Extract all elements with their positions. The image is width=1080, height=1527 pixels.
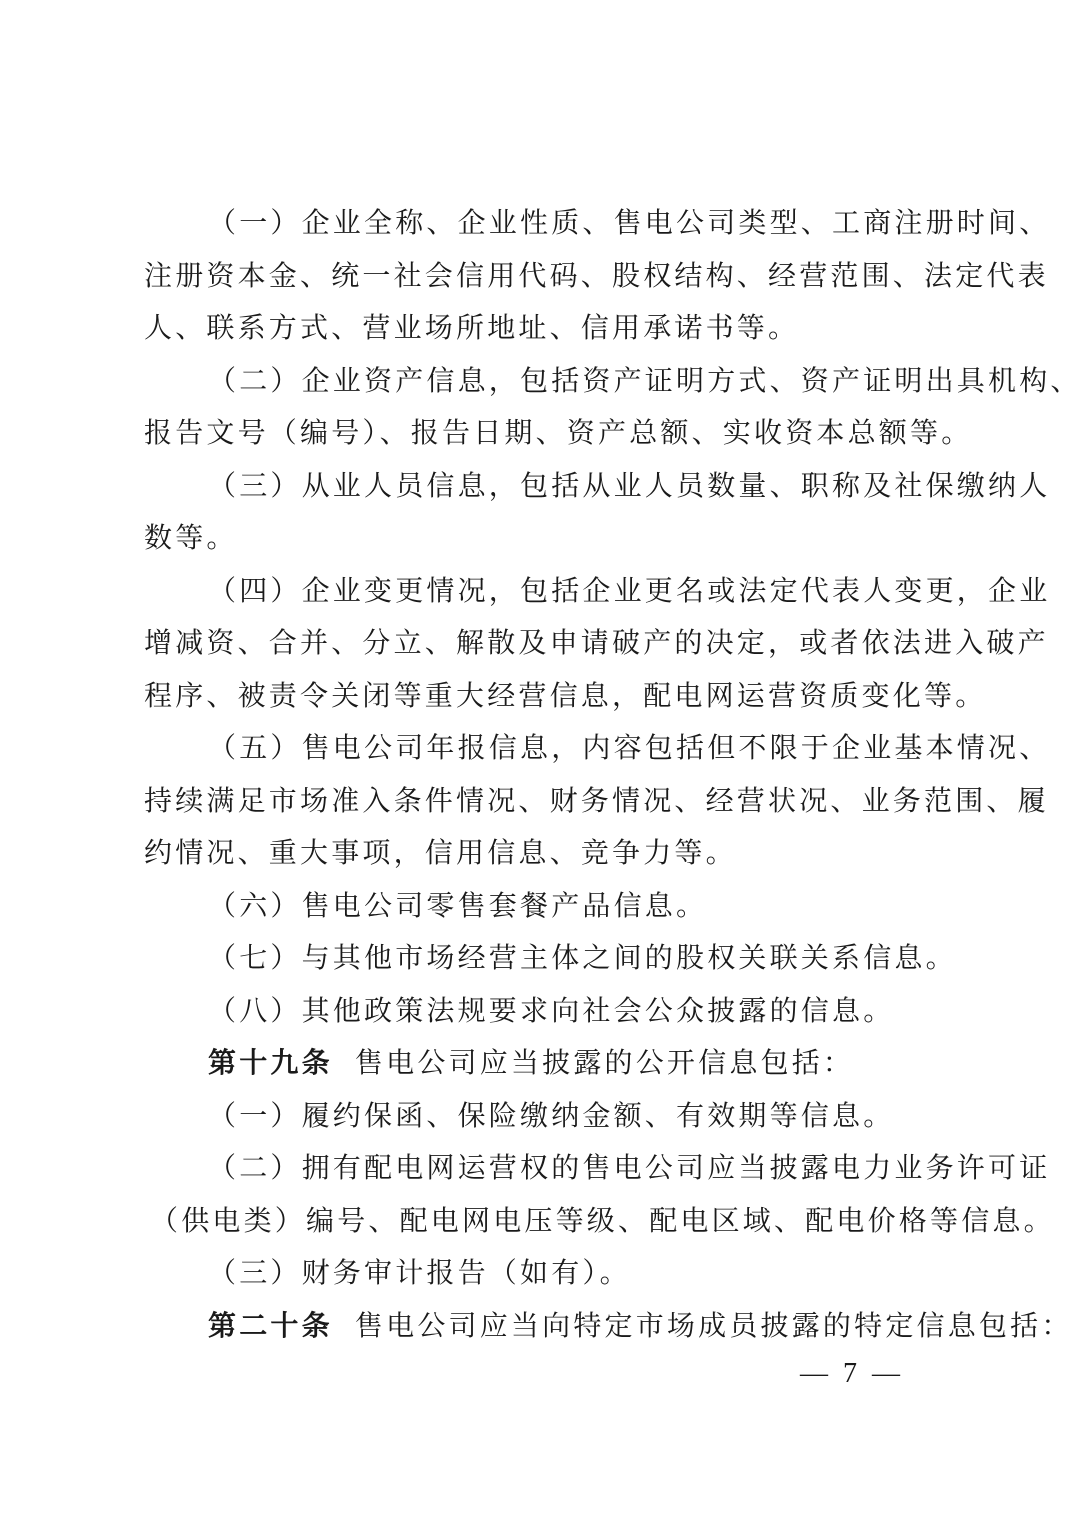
article-20: 第二十条 售电公司应当向特定市场成员披露的特定信息包括： — [208, 1306, 1073, 1346]
article-19-item-2-line-1: （二）拥有配电网运营权的售电公司应当披露电力业务许可证 — [208, 1148, 1050, 1188]
item-3-line-2: 数等。 — [144, 518, 238, 558]
item-5-line-1: （五）售电公司年报信息，内容包括但不限于企业基本情况、 — [208, 728, 1050, 768]
article-19-item-1: （一）履约保函、保险缴纳金额、有效期等信息。 — [208, 1096, 894, 1136]
article-19: 第十九条 售电公司应当披露的公开信息包括： — [208, 1043, 854, 1083]
item-4-line-1: （四）企业变更情况，包括企业更名或法定代表人变更，企业 — [208, 571, 1050, 611]
item-3-line-1: （三）从业人员信息，包括从业人员数量、职称及社保缴纳人 — [208, 466, 1050, 506]
item-4-line-3: 程序、被责令关闭等重大经营信息，配电网运营资质变化等。 — [144, 676, 986, 716]
item-2-line-2: 报告文号（编号）、报告日期、资产总额、实收资本总额等。 — [144, 413, 972, 453]
item-8-line-1: （八）其他政策法规要求向社会公众披露的信息。 — [208, 991, 894, 1031]
item-7-line-1: （七）与其他市场经营主体之间的股权关联关系信息。 — [208, 938, 957, 978]
item-4-line-2: 增减资、合并、分立、解散及申请破产的决定，或者依法进入破产 — [144, 623, 1049, 663]
article-19-item-2-line-2: （供电类）编号、配电网电压等级、配电区域、配电价格等信息。 — [150, 1201, 1055, 1241]
item-1-line-1: （一）企业全称、企业性质、售电公司类型、工商注册时间、 — [208, 203, 1050, 243]
document-page: （一）企业全称、企业性质、售电公司类型、工商注册时间、 注册资本金、统一社会信用… — [0, 0, 1080, 1527]
article-20-text: 售电公司应当向特定市场成员披露的特定信息包括： — [355, 1309, 1073, 1342]
item-2-line-1: （二）企业资产信息，包括资产证明方式、资产证明出具机构、 — [208, 361, 1080, 401]
article-20-heading: 第二十条 — [208, 1309, 333, 1342]
item-1-line-2: 注册资本金、统一社会信用代码、股权结构、经营范围、法定代表 — [144, 256, 1049, 296]
article-19-item-3: （三）财务审计报告（如有）。 — [208, 1253, 631, 1293]
article-19-text: 售电公司应当披露的公开信息包括： — [355, 1046, 854, 1079]
page-number: — 7 — — [800, 1358, 904, 1390]
item-6-line-1: （六）售电公司零售套餐产品信息。 — [208, 886, 707, 926]
article-19-heading: 第十九条 — [208, 1046, 333, 1079]
item-5-line-3: 约情况、重大事项，信用信息、竞争力等。 — [144, 833, 737, 873]
item-1-line-3: 人、联系方式、营业场所地址、信用承诺书等。 — [144, 308, 799, 348]
item-5-line-2: 持续满足市场准入条件情况、财务情况、经营状况、业务范围、履 — [144, 781, 1049, 821]
